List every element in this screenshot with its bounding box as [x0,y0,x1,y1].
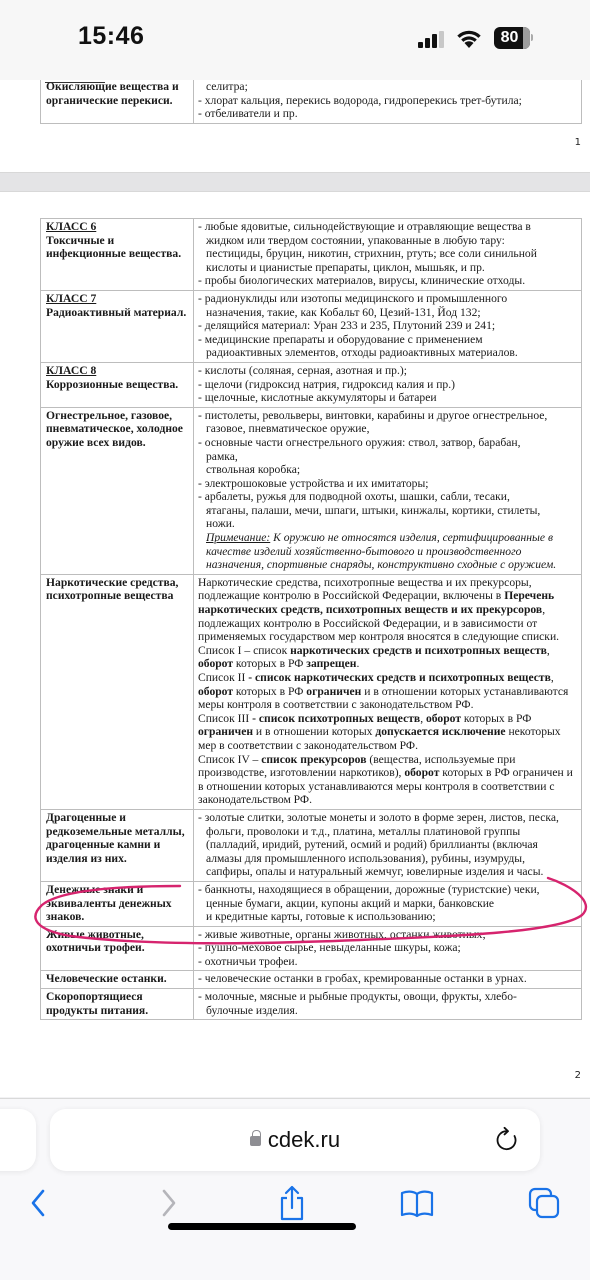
description-cell: - любые ядовитые, сильнодействующие и от… [194,219,582,291]
desc-line: сапфиры, опалы и натуральный жемчуг, юве… [198,865,577,879]
forward-button[interactable] [146,1181,190,1225]
prohibited-items-table-p1: Окисляющие вещества и органические перек… [40,78,582,124]
page-number: 2 [575,1070,581,1081]
category-name: Огнестрельное, газовое, пневматическое, … [46,409,189,450]
desc-line: - медицинские препараты и оборудование с… [198,333,577,347]
table-row: Денежные знаки и эквиваленты денежных зн… [41,881,582,926]
category-name: Токсичные и инфекционные вещества. [46,234,189,261]
table-row: Человеческие останки.- человеческие оста… [41,971,582,989]
desc-line: жидком или твердом состоянии, упакованны… [198,234,577,248]
table-row: Огнестрельное, газовое, пневматическое, … [41,407,582,574]
tabs-button[interactable] [522,1181,566,1225]
text-segment: Список I – список [198,644,290,657]
category-name: Наркотические средства, психотропные вещ… [46,576,189,603]
description-cell: - кислоты (соляная, серная, азотная и пр… [194,362,582,407]
desc-line: пестициды, бруцин, никотин, стрихнин, рт… [198,247,577,261]
lock-icon [250,1136,261,1146]
desc-line: (палладий, иридий, рутений, осмий и роди… [198,838,577,852]
bookmarks-button[interactable] [395,1181,439,1225]
text-segment: Список II [198,671,248,684]
desc-line: фольги, проволоки и т.д., платина, метал… [198,825,577,839]
table-row: Живые животные, охотничьи трофеи.- живые… [41,926,582,971]
desc-line: газовое, пневматическое оружие, [198,422,577,436]
table-row: КЛАСС 6Токсичные и инфекционные вещества… [41,219,582,291]
battery-level: 80 [501,29,524,46]
text-segment: и в отношении которых [253,725,375,738]
desc-paragraph: Список IV – список прекурсоров (вещества… [198,753,577,807]
desc-line: - пистолеты, револьверы, винтовки, караб… [198,409,577,423]
text-segment: Список III [198,712,252,725]
category-cell: Живые животные, охотничьи трофеи. [41,926,194,971]
desc-line: - отбеливатели и пр. [198,107,577,121]
category-cell: Окисляющие вещества и органические перек… [41,79,194,124]
desc-line: - молочные, мясные и рыбные продукты, ов… [198,990,577,1004]
table-row: КЛАСС 8Коррозионные вещества.- кислоты (… [41,362,582,407]
desc-line: ценные бумаги, акции, купоны акций и мар… [198,897,577,911]
desc-paragraph: Список I – список наркотических средств … [198,644,577,671]
category-name: Человеческие останки. [46,972,189,986]
battery-indicator: 80 [494,27,530,49]
page-number: 1 [575,137,581,148]
text-segment: ограничен [306,685,361,698]
url-text: cdek.ru [268,1127,340,1152]
desc-line: ножи. [198,517,577,531]
category-cell: КЛАСС 7Радиоактивный материал. [41,290,194,362]
category-name: Драгоценные и редкоземельные металлы, др… [46,811,189,865]
desc-line: - живые животные, органы животных, остан… [198,928,577,942]
desc-line: селитра; [198,80,577,94]
book-icon [399,1188,435,1218]
table-row: Скоропортящиеся продукты питания.- молоч… [41,989,582,1020]
home-indicator[interactable] [168,1223,356,1230]
hazard-class-label: КЛАСС 7 [46,292,189,306]
desc-line: - радионуклиды или изотопы медицинского … [198,292,577,306]
browser-bottom-bar: cdek.ru [0,1098,590,1280]
text-segment: которых в РФ [233,685,306,698]
clock: 15:46 [78,22,144,51]
desc-line: ствольная коробка; [198,463,577,477]
text-segment: наркотических средств и психотропных вещ… [290,644,547,657]
table-row: Драгоценные и редкоземельные металлы, др… [41,809,582,881]
hazard-class-label: КЛАСС 6 [46,220,189,234]
description-cell: - золотые слитки, золотые монеты и золот… [194,809,582,881]
description-cell: - молочные, мясные и рыбные продукты, ов… [194,989,582,1020]
cellular-signal-icon [418,32,444,48]
share-icon [277,1184,307,1222]
table-row: Наркотические средства, психотропные вещ… [41,574,582,809]
text-segment: оборот [404,766,439,779]
text-segment: ограничен [198,725,253,738]
text-segment: оборот [198,657,233,670]
text-segment: , [551,671,554,684]
hazard-class-label: КЛАСС 8 [46,364,189,378]
text-segment: - список наркотических средств и психотр… [248,671,551,684]
desc-line: - хлорат кальция, перекись водорода, гид… [198,94,577,108]
category-name: Скоропортящиеся продукты питания. [46,990,189,1017]
category-name: Радиоактивный материал. [46,306,189,320]
text-segment: которых в РФ [233,657,306,670]
table-row: КЛАСС 7Радиоактивный материал.- радионук… [41,290,582,362]
text-segment: список прекурсоров [261,753,366,766]
desc-line: - банкноты, находящиеся в обращении, дор… [198,883,577,897]
category-cell: Скоропортящиеся продукты питания. [41,989,194,1020]
category-cell: Человеческие останки. [41,971,194,989]
category-cell: КЛАСС 8Коррозионные вещества. [41,362,194,407]
reload-icon[interactable] [492,1125,522,1155]
desc-line: кислоты и цианистые препараты, циклон, м… [198,261,577,275]
desc-line: - основные части огнестрельного оружия: … [198,436,577,450]
back-button[interactable] [17,1181,61,1225]
description-cell: - радионуклиды или изотопы медицинского … [194,290,582,362]
battery-cap [531,34,533,41]
desc-line: - золотые слитки, золотые монеты и золот… [198,811,577,825]
prohibited-items-table-p2: КЛАСС 6Токсичные и инфекционные вещества… [40,218,582,1020]
share-button[interactable] [270,1181,314,1225]
category-cell: КЛАСС 6Токсичные и инфекционные вещества… [41,219,194,291]
status-bar: 15:46 80 [0,0,590,80]
category-cell: Драгоценные и редкоземельные металлы, др… [41,809,194,881]
desc-line: булочные изделия. [198,1004,577,1018]
desc-line: - охотничьи трофеи. [198,955,577,969]
desc-line: - человеческие останки в гробах, кремиро… [198,972,577,986]
desc-paragraph: Список III - список психотропных веществ… [198,712,577,753]
desc-line: рамка, [198,450,577,464]
description-cell: - пистолеты, револьверы, винтовки, караб… [194,407,582,574]
text-segment: Список IV – [198,753,261,766]
category-cell: Денежные знаки и эквиваленты денежных зн… [41,881,194,926]
previous-tab-preview[interactable] [0,1109,36,1171]
desc-line: - кислоты (соляная, серная, азотная и пр… [198,364,577,378]
description-cell: - человеческие останки в гробах, кремиро… [194,971,582,989]
document-page-1: Окисляющие вещества и органические перек… [0,80,590,172]
weapons-note: Примечание: К оружию не относятся издели… [198,531,577,572]
text-segment: оборот [426,712,461,725]
text-segment: оборот [198,685,233,698]
text-segment: запрещен [306,657,356,670]
desc-line: и кредитные карты, готовые к использован… [198,910,577,924]
desc-line: - делящийся материал: Уран 233 и 235, Пл… [198,319,577,333]
category-name: Коррозионные вещества. [46,378,189,392]
tabs-icon [528,1187,560,1219]
description-cell: Наркотические средства, психотропные вещ… [194,574,582,809]
note-label: Примечание: [206,531,270,544]
desc-line: назначения, такие, как Кобальт 60, Цезий… [198,306,577,320]
table-row: Окисляющие вещества и органические перек… [41,79,582,124]
chevron-right-icon [156,1187,180,1219]
category-name: Денежные знаки и эквиваленты денежных зн… [46,883,189,924]
page-separator [0,172,590,192]
document-page-2: КЛАСС 6Токсичные и инфекционные вещества… [0,192,590,1097]
text-segment: допускается исключение [375,725,505,738]
description-cell: селитра; - хлорат кальция, перекись водо… [194,79,582,124]
desc-line: - арбалеты, ружья для подводной охоты, ш… [198,490,577,504]
category-cell: Огнестрельное, газовое, пневматическое, … [41,407,194,574]
text-segment: - список психотропных веществ [252,712,420,725]
text-segment: Наркотические средства, психотропные вещ… [198,576,532,603]
description-cell: - живые животные, органы животных, остан… [194,926,582,971]
desc-line: - электрошоковые устройства и их имитато… [198,477,577,491]
desc-paragraph: Наркотические средства, психотропные вещ… [198,576,577,644]
text-segment: . [357,657,360,670]
description-cell: - банкноты, находящиеся в обращении, дор… [194,881,582,926]
address-bar[interactable]: cdek.ru [50,1109,540,1171]
category-cell: Наркотические средства, психотропные вещ… [41,574,194,809]
desc-line: - щелочные, кислотные аккумуляторы и бат… [198,391,577,405]
category-name: Живые животные, охотничьи трофеи. [46,928,189,955]
desc-line: - любые ядовитые, сильнодействующие и от… [198,220,577,234]
chevron-left-icon [27,1187,51,1219]
desc-line: ятаганы, палаши, мечи, шпаги, штыки, кин… [198,504,577,518]
desc-line: - щелочи (гидроксид натрия, гидроксид ка… [198,378,577,392]
wifi-icon [455,27,483,49]
desc-line: - пробы биологических материалов, вирусы… [198,274,577,288]
category-name: Окисляющие вещества и органические перек… [46,80,189,107]
text-segment: , [547,644,550,657]
desc-line: алмазы для промышленного использования),… [198,852,577,866]
desc-line: - пушно-меховое сырье, невыделанные шкур… [198,941,577,955]
text-segment: которых в РФ [461,712,531,725]
desc-line: радиоактивных элементов, отходы радиоакт… [198,346,577,360]
desc-paragraph: Список II - список наркотических средств… [198,671,577,712]
url-display[interactable]: cdek.ru [50,1127,540,1153]
